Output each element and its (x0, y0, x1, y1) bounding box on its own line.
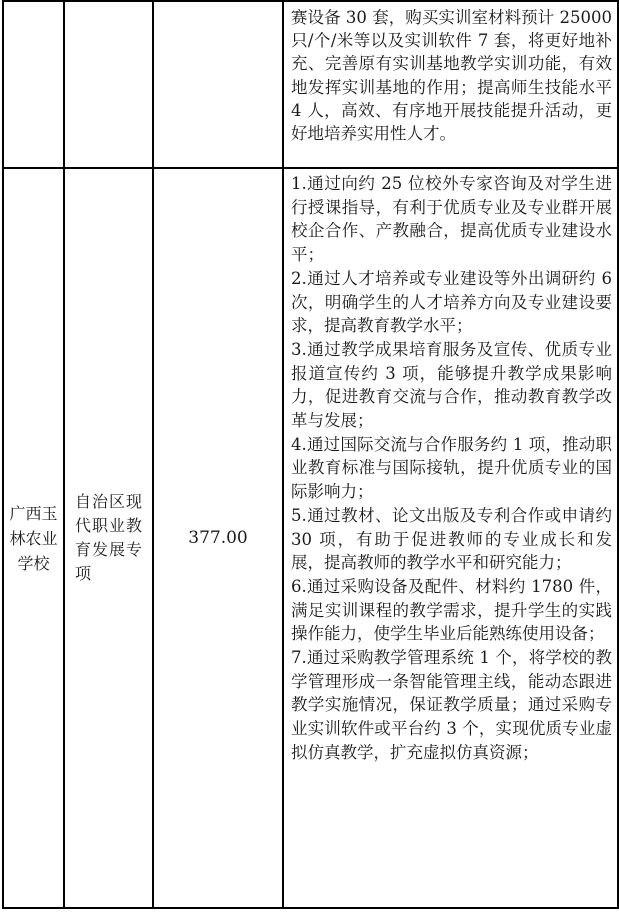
school-cell: 广西玉林农业学校 (4, 169, 65, 909)
document-page: 赛设备 30 套，购买实训室材料预计 25000 只/个/米等以及实训软件 7 … (0, 0, 619, 913)
school-cell-empty (4, 2, 65, 169)
detail-cell-continuation: 赛设备 30 套，购买实训室材料预计 25000 只/个/米等以及实训软件 7 … (284, 2, 619, 169)
detail-cell: 1.通过向约 25 位校外专家咨询及对学生进行授课指导，有利于优质专业及专业群开… (284, 169, 619, 909)
amount-cell: 377.00 (154, 169, 284, 909)
detail-item-1: 1.通过向约 25 位校外专家咨询及对学生进行授课指导，有利于优质专业及专业群开… (291, 172, 612, 267)
table-row-main: 广西玉林农业学校 自治区现代职业教育发展专项 377.00 1.通过向约 25 … (4, 169, 619, 909)
detail-item-2: 2.通过人才培养或专业建设等外出调研约 6 次，明确学生的人才培养方向及专业建设… (291, 267, 612, 338)
table-row-continuation: 赛设备 30 套，购买实训室材料预计 25000 只/个/米等以及实训软件 7 … (4, 2, 619, 169)
detail-item-5: 5.通过教材、论文出版及专利合作或申请约 30 项，有助于促进教师的专业成长和发… (291, 504, 612, 575)
project-name: 自治区现代职业教育发展专项 (65, 490, 152, 586)
detail-item-3: 3.通过教学成果培育服务及宣传、优质专业报道宣传约 3 项，能够提升教学成果影响… (291, 338, 612, 433)
amount-value: 377.00 (188, 528, 247, 548)
project-cell-empty (65, 2, 154, 169)
detail-item-4: 4.通过国际交流与合作服务约 1 项，推动职业教育标准与国际接轨，提升优质专业的… (291, 433, 612, 504)
amount-cell-empty (154, 2, 284, 169)
detail-item-7: 7.通过采购教学管理系统 1 个，将学校的教学管理形成一条智能管理主线，能动态跟… (291, 646, 612, 765)
school-name: 广西玉林农业学校 (4, 501, 63, 576)
project-cell: 自治区现代职业教育发展专项 (65, 169, 154, 909)
continuation-text: 赛设备 30 套，购买实训室材料预计 25000 只/个/米等以及实训软件 7 … (291, 6, 612, 145)
budget-table: 赛设备 30 套，购买实训室材料预计 25000 只/个/米等以及实训软件 7 … (2, 0, 619, 909)
detail-item-6: 6.通过采购设备及配件、材料约 1780 件，满足实训课程的教学需求，提升学生的… (291, 575, 612, 646)
